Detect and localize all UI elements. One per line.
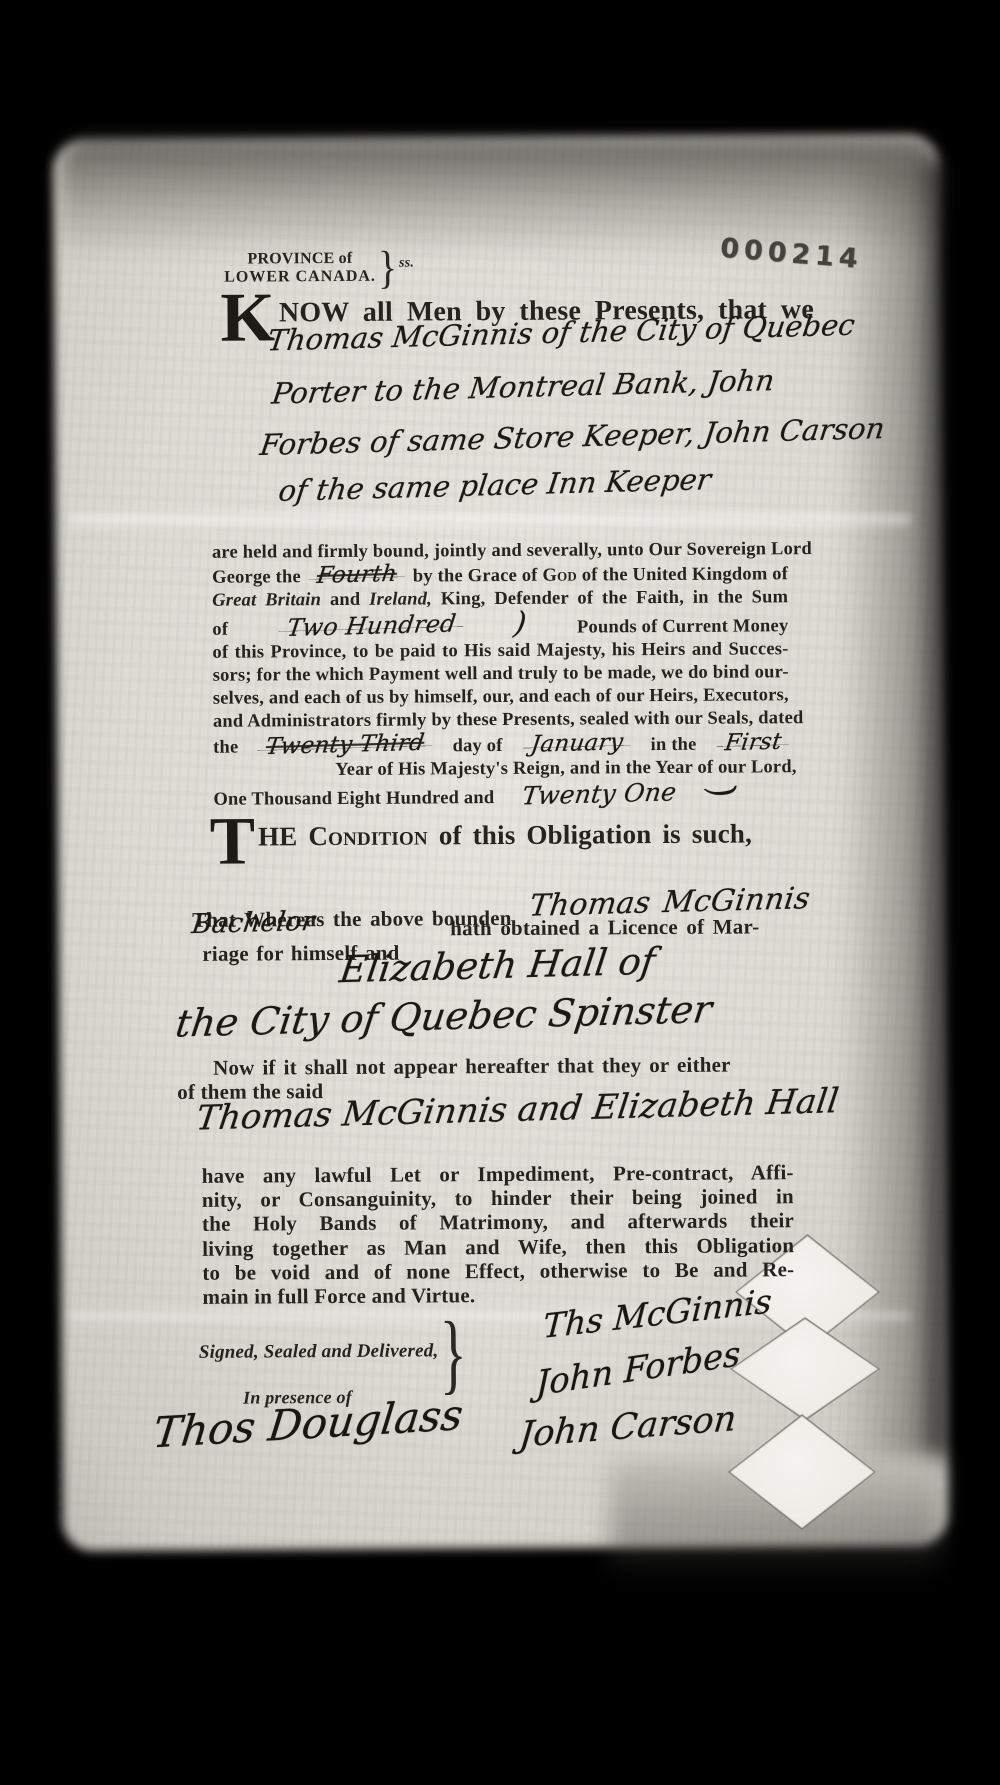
bond-line3: Great Britain and Ireland, King, Defende… <box>212 587 788 614</box>
bond-line2: George the Fourth by the Grace of God of… <box>212 561 788 590</box>
final-line5: to be void and of none Effect, otherwise… <box>202 1257 794 1285</box>
condition-heading-text: HE Condition of this Obligation is such, <box>258 818 752 852</box>
document-content: PROVINCE of LOWER CANADA. } ss. 000214 K… <box>0 0 1000 1785</box>
signature-carson: John Carson <box>518 1399 739 1456</box>
condition-dropcap: T <box>210 813 256 869</box>
bond-line10: Year of His Majesty's Reign, and in the … <box>213 756 789 783</box>
bond-line11-pre: One Thousand Eight Hundred and <box>213 787 494 812</box>
hw-flourish: ) <box>708 782 736 801</box>
bond-line2-post-a: by the Grace of <box>413 566 538 587</box>
bond-line4-post: Pounds of Current Money <box>577 615 789 639</box>
bond-line2-post: by the Grace of God of the United Kingdo… <box>413 563 788 588</box>
bond-line7: selves, and each of us by himself, our, … <box>213 684 789 711</box>
final-paragraph: have any lawful Let or Impediment, Pre-c… <box>202 1160 795 1309</box>
hw-sum-amount: Two Hundred <box>277 612 465 640</box>
bond-great-britain: Great Britain <box>212 590 321 611</box>
signed-sealed-label: Signed, Sealed and Delivered, <box>199 1340 439 1363</box>
jurat-ss-label: ss. <box>399 255 414 271</box>
bond-god-smallcaps: God <box>542 566 577 586</box>
hw-bride-name: Elizabeth Hall of <box>337 940 658 992</box>
hw-bride-place: the City of Quebec Spinster <box>173 987 714 1045</box>
hw-obligor-line4: of the same place Inn Keeper <box>277 462 714 508</box>
hw-regnal-year: First <box>715 730 791 755</box>
condition-heading: T HE Condition of this Obligation is suc… <box>210 810 753 869</box>
bond-and: and <box>330 590 361 610</box>
bond-line9-mid1: day of <box>452 735 502 759</box>
final-line2: nity, or Consanguinity, to hinder their … <box>202 1184 794 1212</box>
bond-line9-mid2: in the <box>651 733 697 756</box>
hw-year: Twenty One <box>521 780 678 807</box>
bond-clause: are held and firmly bound, jointly and s… <box>212 538 790 812</box>
hw-obligor-line3: Forbes of same Store Keeper, John Carson <box>258 411 887 462</box>
bond-line1: are held and firmly bound, jointly and s… <box>212 538 788 565</box>
scanned-document: PROVINCE of LOWER CANADA. } ss. 000214 K… <box>0 0 1000 1785</box>
bond-line4: of Two Hundred ) Pounds of Current Money <box>212 610 788 642</box>
hw-bachelor: Bachelor <box>190 906 317 940</box>
bond-ireland: Ireland, <box>369 590 432 610</box>
hw-month: January <box>521 731 632 757</box>
final-line1: have any lawful Let or Impediment, Pre-c… <box>202 1160 794 1188</box>
bond-line3-rest: King, Defender of the Faith, in the Sum <box>441 588 789 610</box>
final-line4: living together as Man and Wife, then th… <box>202 1233 794 1261</box>
bond-line4-pre: of <box>212 618 228 641</box>
condition-he: HE <box>258 821 298 851</box>
condition-word-smallcaps: Condition <box>308 820 428 851</box>
final-line3: the Holy Bands of Matrimony, and afterwa… <box>202 1209 794 1237</box>
bond-line9: the Twenty Third day of January in the F… <box>213 731 789 760</box>
jurat-brace: } <box>378 240 398 294</box>
hw-day: Twenty Third <box>257 731 434 759</box>
licence-line: hath obtained a Licence of Mar- <box>450 914 759 941</box>
stamp-number: 000214 <box>719 232 864 274</box>
hw-king-numeral: Fourth <box>307 563 406 589</box>
bond-line11: One Thousand Eight Hundred and Twenty On… <box>213 779 789 812</box>
bond-line5: of this Province, to be paid to His said… <box>212 638 788 665</box>
bond-line9-pre: the <box>213 736 238 759</box>
bond-line2-post-b: of the United Kingdom of <box>582 564 788 585</box>
bond-line8: and Administrators firmly by these Prese… <box>213 708 789 735</box>
hw-obligor-line2: Porter to the Montreal Bank, John <box>270 363 777 411</box>
bond-line6: sors; for the which Payment well and tru… <box>213 661 789 688</box>
hw-flourish: ) <box>513 611 528 635</box>
signature-forbes: John Forbes <box>535 1334 740 1405</box>
bond-line2-pre: George the <box>212 566 301 590</box>
witness-signature: Thos Douglass <box>151 1390 466 1458</box>
now-line1: Now if it shall not appear hereafter tha… <box>213 1053 731 1081</box>
condition-rest: of this Obligation is such, <box>439 818 752 850</box>
jurat-province-line1: PROVINCE of <box>224 249 376 268</box>
